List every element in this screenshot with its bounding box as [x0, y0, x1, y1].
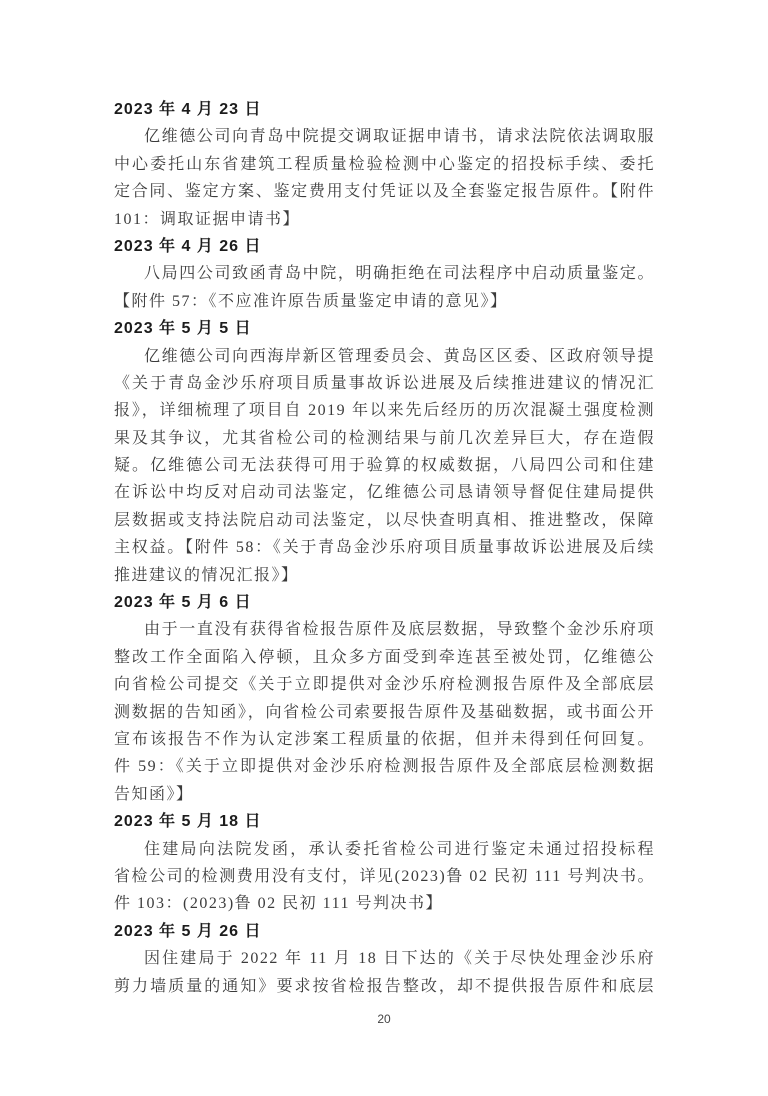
text-line: 果及其争议，尤其省检公司的检测结果与前几次差异巨大，存在造假嫌: [114, 425, 655, 452]
date-heading: 2023 年 5 月 5 日: [114, 315, 655, 342]
text-line: 件 103：(2023)鲁 02 民初 111 号判决书】: [114, 890, 655, 917]
date-heading: 2023 年 4 月 23 日: [114, 96, 655, 123]
text-line: 由于一直没有获得省检报告原件及底层数据，导致整个金沙乐府项目: [114, 616, 655, 643]
text-line: 主权益。【附件 58：《关于青岛金沙乐府项目质量事故诉讼进展及后续: [114, 534, 655, 561]
text-line: 测数据的告知函》，向省检公司索要报告原件及基础数据，或书面公开: [114, 699, 655, 726]
text-line: 在诉讼中均反对启动司法鉴定，亿维德公司恳请领导督促住建局提供底: [114, 479, 655, 506]
text-line: 101：调取证据申请书】: [114, 206, 655, 233]
text-line: 住建局向法院发函，承认委托省检公司进行鉴定未通过招投标程序，: [114, 836, 655, 863]
text-line: 中心委托山东省建筑工程质量检验检测中心鉴定的招投标手续、委托鉴: [114, 151, 655, 178]
page-number: 20: [0, 1012, 768, 1026]
text-line: 亿维德公司向青岛中院提交调取证据申请书，请求法院依法调取服务: [114, 123, 655, 150]
date-heading: 2023 年 5 月 26 日: [114, 918, 655, 945]
text-line: 层数据或支持法院启动司法鉴定，以尽快查明真相、推进整改，保障业: [114, 507, 655, 534]
text-line: 定合同、鉴定方案、鉴定费用支付凭证以及全套鉴定报告原件。【附件: [114, 178, 655, 205]
text-line: 亿维德公司向西海岸新区管理委员会、黄岛区区委、区政府领导提交: [114, 343, 655, 370]
text-line: 件 59：《关于立即提供对金沙乐府检测报告原件及全部底层检测数据的: [114, 753, 655, 780]
text-line: 剪力墙质量的通知》要求按省检报告整改，却不提供报告原件和底层数: [114, 973, 655, 1000]
text-line: 向省检公司提交《关于立即提供对金沙乐府检测报告原件及全部底层检: [114, 671, 655, 698]
date-heading: 2023 年 5 月 18 日: [114, 808, 655, 835]
date-heading: 2023 年 5 月 6 日: [114, 589, 655, 616]
text-line: 告知函》】: [114, 781, 655, 808]
date-heading: 2023 年 4 月 26 日: [114, 233, 655, 260]
text-line: 《关于青岛金沙乐府项目质量事故诉讼进展及后续推进建议的情况汇: [114, 370, 655, 397]
text-line: 疑。亿维德公司无法获得可用于验算的权威数据，八局四公司和住建局: [114, 452, 655, 479]
text-line: 推进建议的情况汇报》】: [114, 562, 655, 589]
text-line: 宣布该报告不作为认定涉案工程质量的依据，但并未得到任何回复。【附: [114, 726, 655, 753]
text-line: 八局四公司致函青岛中院，明确拒绝在司法程序中启动质量鉴定。: [114, 260, 655, 287]
text-line: 整改工作全面陷入停顿，且众多方面受到牵连甚至被处罚，亿维德公司: [114, 644, 655, 671]
text-line: 省检公司的检测费用没有支付，详见(2023)鲁 02 民初 111 号判决书。【…: [114, 863, 655, 890]
text-line: 因住建局于 2022 年 11 月 18 日下达的《关于尽快处理金沙乐府 A 区: [114, 945, 655, 972]
text-line: 报》，详细梳理了项目自 2019 年以来先后经历的历次混凝土强度检测结: [114, 397, 655, 424]
text-line: 【附件 57：《不应准许原告质量鉴定申请的意见》】: [114, 288, 655, 315]
document-content: 2023 年 4 月 23 日亿维德公司向青岛中院提交调取证据申请书，请求法院依…: [114, 96, 655, 1000]
document-page: 2023 年 4 月 23 日亿维德公司向青岛中院提交调取证据申请书，请求法院依…: [0, 0, 768, 1096]
